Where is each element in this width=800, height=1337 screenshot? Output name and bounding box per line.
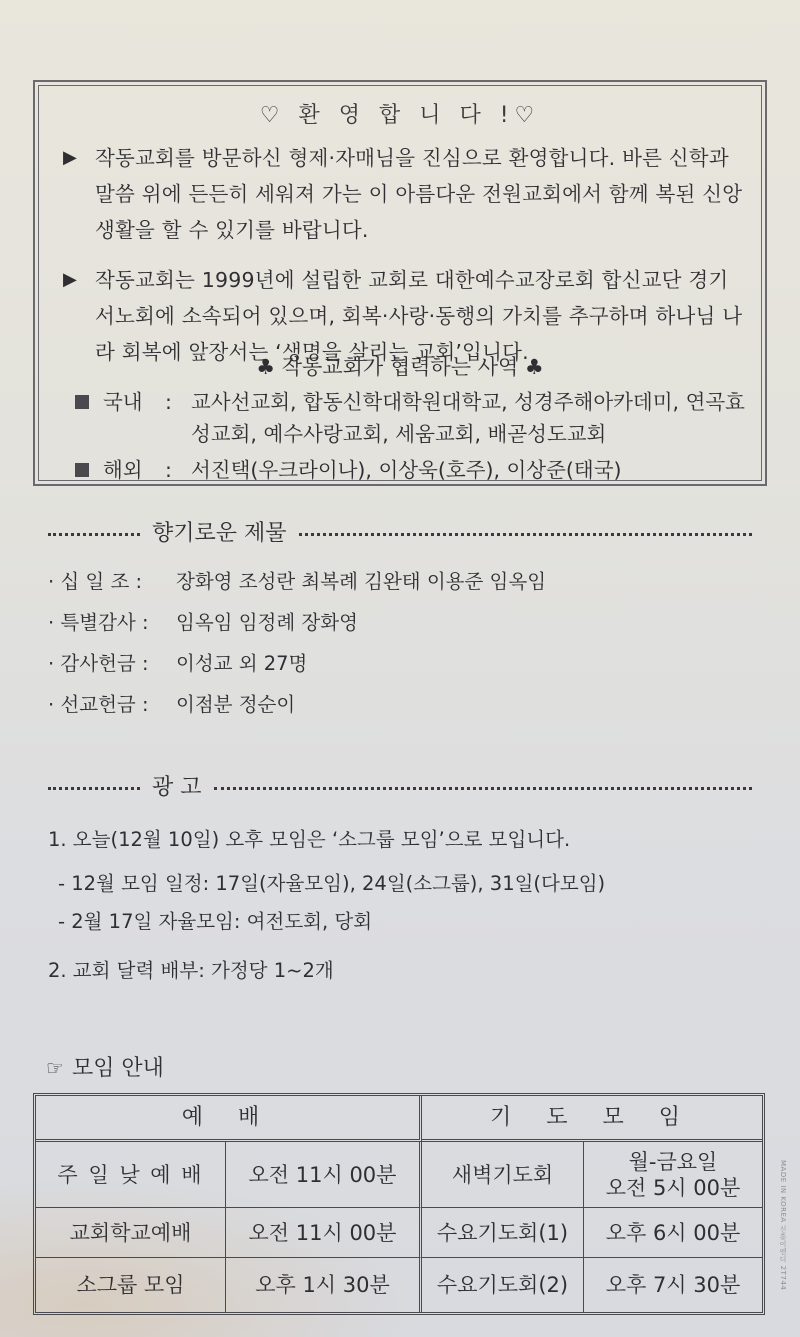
square-bullet-icon <box>75 463 89 477</box>
worship-name: 교회학교예배 <box>36 1208 226 1258</box>
offering-value: 이성교 외 27명 <box>176 652 307 675</box>
prayer-name: 새벽기도회 <box>422 1142 584 1208</box>
prayer-time-hour: 오전 5시 00분 <box>606 1175 741 1201</box>
prayer-name: 수요기도회(2) <box>422 1258 584 1312</box>
worship-name: 소그룹 모임 <box>36 1258 226 1312</box>
notice-subitem: - 12월 모임 일정: 17일(자율모임), 24일(소그룹), 31일(다모… <box>58 868 605 896</box>
worship-time: 오전 11시 00분 <box>226 1142 422 1208</box>
worship-header: 예 배 <box>36 1096 422 1142</box>
prayer-time: 월-금요일 오전 5시 00분 <box>584 1142 762 1208</box>
notice-header-label: 광 고 <box>140 770 214 801</box>
partner-label: 해외 <box>103 454 165 486</box>
notice-item-1: 1. 오늘(12월 10일) 오후 모임은 ‘소그룹 모임’으로 모입니다. <box>48 824 570 852</box>
prayer-time-days: 월-금요일 <box>629 1149 718 1175</box>
printer-mark: MADE IN KOREA 신흥이엔디 2T744 <box>778 1160 788 1290</box>
square-bullet-icon <box>75 395 89 409</box>
partners-title: ♣ 작동교회가 협력하는 사역 ♣ <box>39 351 761 381</box>
notice-item-2: 2. 교회 달력 배부: 가정당 1~2개 <box>48 955 334 983</box>
offering-value: 이점분 정순이 <box>176 693 295 716</box>
prayer-header: 기 도 모 임 <box>422 1096 762 1142</box>
partner-value: 교사선교회, 합동신학대학원대학교, 성경주해아카데미, 연곡효성교회, 예수사… <box>191 386 751 450</box>
partner-colon: : <box>165 454 191 486</box>
dotted-leader <box>299 533 752 536</box>
offering-header-label: 향기로운 제물 <box>140 516 299 547</box>
offering-key: · 십 일 조 : <box>48 566 176 594</box>
triangle-bullet-icon: ▶ <box>63 140 77 176</box>
offering-item: · 특별감사 :임옥임 임정례 장화영 <box>48 607 358 635</box>
partner-row-domestic: 국내:교사선교회, 합동신학대학원대학교, 성경주해아카데미, 연곡효성교회, … <box>75 386 751 450</box>
offering-key: · 특별감사 : <box>48 607 176 635</box>
dotted-leader <box>48 787 140 790</box>
dotted-leader <box>48 533 140 536</box>
offering-key: · 선교헌금 : <box>48 689 176 717</box>
welcome-paragraph-1: ▶ 작동교회를 방문하신 형제·자매님을 진심으로 환영합니다. 바른 신학과 … <box>65 140 743 248</box>
offering-item: · 선교헌금 :이점분 정순이 <box>48 689 295 717</box>
offering-item: · 십 일 조 :장화영 조성란 최복례 김완태 이용준 임옥임 <box>48 566 546 594</box>
dotted-leader <box>214 787 753 790</box>
offering-value: 장화영 조성란 최복례 김완태 이용준 임옥임 <box>176 570 546 593</box>
prayer-time: 오후 7시 30분 <box>584 1258 762 1312</box>
partner-label: 국내 <box>103 386 165 418</box>
meetings-title-label: 모임 안내 <box>72 1056 164 1081</box>
welcome-paragraph-text: 작동교회를 방문하신 형제·자매님을 진심으로 환영합니다. 바른 신학과 말씀… <box>65 140 743 248</box>
offering-key: · 감사헌금 : <box>48 648 176 676</box>
offering-item: · 감사헌금 :이성교 외 27명 <box>48 648 307 676</box>
offering-section-header: 향기로운 제물 <box>48 516 752 547</box>
worship-time: 오전 11시 00분 <box>226 1208 422 1258</box>
welcome-box-inner: ♡ 환 영 합 니 다 !♡ ▶ 작동교회를 방문하신 형제·자매님을 진심으로… <box>38 85 762 481</box>
meetings-table: 예 배 기 도 모 임 주 일 낮 예 배 오전 11시 00분 새벽기도회 월… <box>33 1093 765 1315</box>
partner-value: 서진택(우크라이나), 이상욱(호주), 이상준(태국) <box>191 454 751 486</box>
pointing-hand-icon: ☞ <box>46 1056 64 1080</box>
worship-time: 오후 1시 30분 <box>226 1258 422 1312</box>
triangle-bullet-icon: ▶ <box>63 262 77 298</box>
meetings-title: ☞모임 안내 <box>46 1051 164 1082</box>
prayer-time: 오후 6시 00분 <box>584 1208 762 1258</box>
offering-value: 임옥임 임정례 장화영 <box>176 611 358 634</box>
welcome-title: ♡ 환 영 합 니 다 !♡ <box>39 98 761 129</box>
partner-colon: : <box>165 386 191 418</box>
notice-section-header: 광 고 <box>48 770 752 801</box>
partner-row-overseas: 해외:서진택(우크라이나), 이상욱(호주), 이상준(태국) <box>75 454 751 486</box>
prayer-name: 수요기도회(1) <box>422 1208 584 1258</box>
notice-subitem: - 2월 17일 자율모임: 여전도회, 당회 <box>58 906 372 934</box>
worship-name: 주 일 낮 예 배 <box>36 1142 226 1208</box>
welcome-box: ♡ 환 영 합 니 다 !♡ ▶ 작동교회를 방문하신 형제·자매님을 진심으로… <box>33 80 767 486</box>
